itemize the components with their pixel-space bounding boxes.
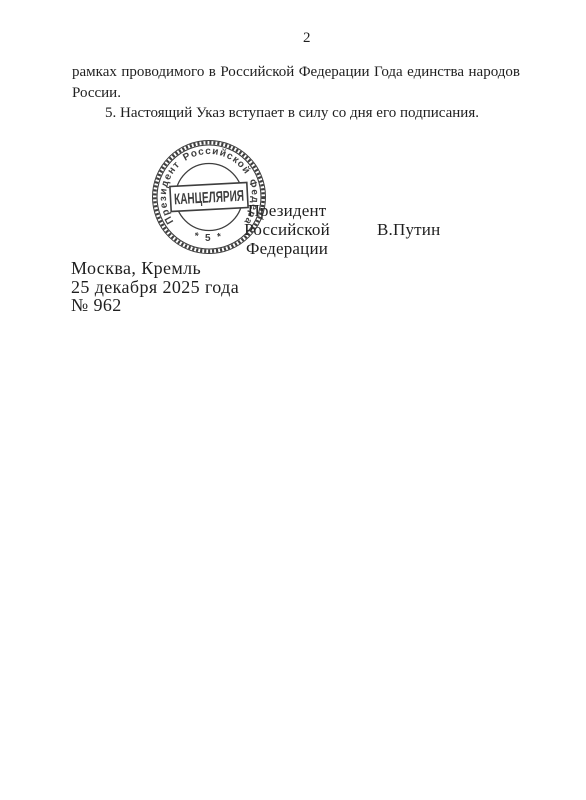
stamp-ring-caption: Президент Российской Федерации — [144, 132, 260, 227]
footer-date: 25 декабря 2025 года — [71, 278, 239, 297]
page-number: 2 — [72, 30, 542, 47]
chancellery-stamp-icon: Президент Российской Федерации * 5 * КАН… — [144, 132, 274, 262]
document-page: 2 рамках проводимого в Российской Федера… — [0, 0, 586, 800]
footer-place: Москва, Кремль — [71, 259, 239, 278]
stamp-bottom-mark: * 5 * — [193, 231, 226, 244]
clause-5-line: 5. Настоящий Указ вступает в силу со дня… — [72, 103, 520, 124]
footer-decree-number: № 962 — [71, 296, 239, 315]
paragraph-line-1: рамках проводимого в Российской Федераци… — [72, 62, 520, 83]
paragraph-line-2: России. — [72, 83, 520, 104]
decree-body: рамках проводимого в Российской Федераци… — [72, 62, 520, 124]
footer-block: Москва, Кремль 25 декабря 2025 года № 96… — [71, 259, 239, 315]
signature-name: В.Путин — [377, 220, 440, 240]
